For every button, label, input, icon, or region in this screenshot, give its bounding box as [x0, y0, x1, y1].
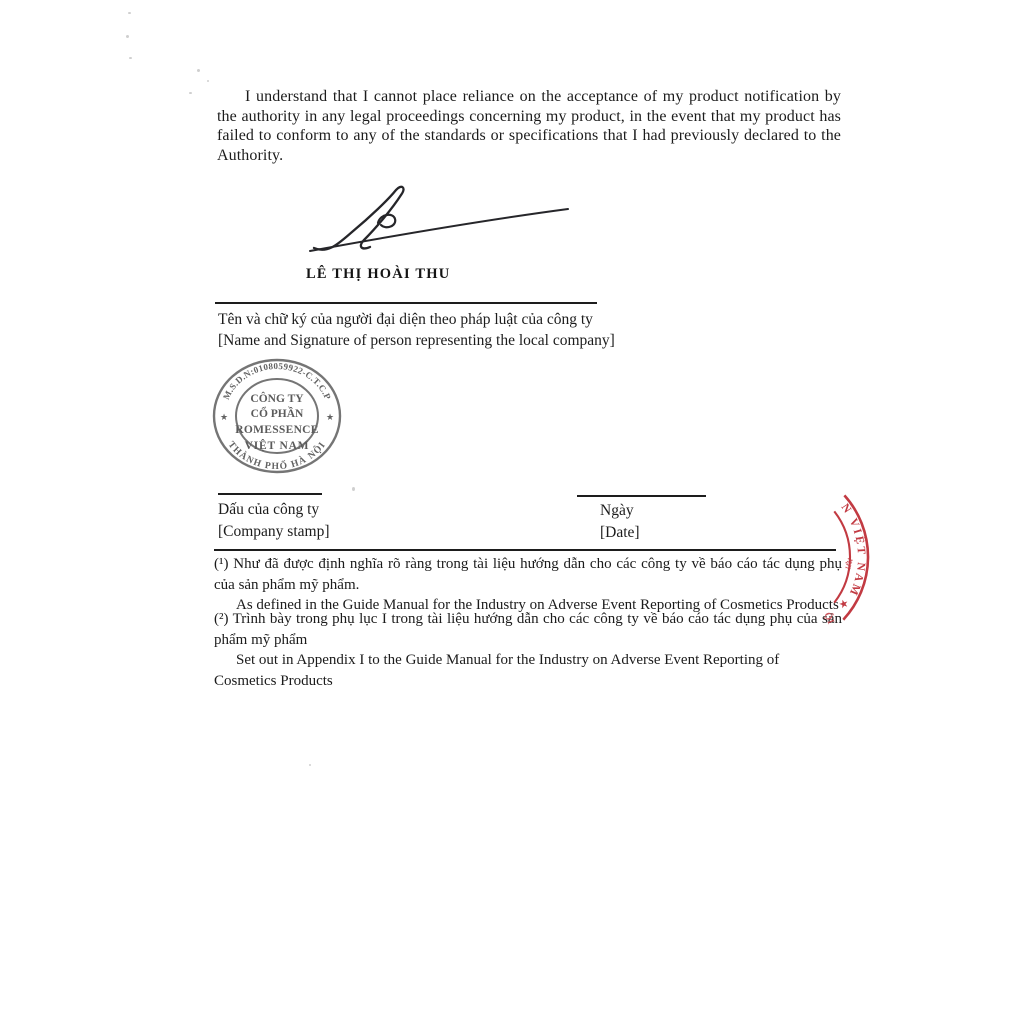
red-seal-partial-stamp: N VIỆT NAM ★ ỘI ưu	[818, 468, 918, 640]
seal-line4: VIỆT NAM	[245, 438, 310, 452]
signature-caption-en: [Name and Signature of person representi…	[218, 330, 615, 351]
scan-speck	[128, 12, 131, 14]
seal-star-right-icon: ★	[326, 412, 334, 422]
footnote-1-vi: (¹) Như đã được định nghĩa rõ ràng trong…	[214, 554, 842, 595]
scan-speck	[352, 487, 355, 491]
scan-speck	[309, 764, 311, 766]
footnote-2-vi: (²) Trình bày trong phụ lục I trong tài …	[214, 609, 842, 650]
footnote-separator-rule	[214, 549, 836, 551]
company-stamp-rule	[218, 493, 322, 495]
signature-rule	[215, 302, 597, 304]
date-label-en: [Date]	[600, 522, 640, 543]
signature-caption-vi: Tên và chữ ký của người đại diện theo ph…	[218, 309, 593, 330]
date-rule	[577, 495, 706, 497]
scan-speck	[197, 69, 200, 72]
seal-line2: CỔ PHẦN	[251, 405, 304, 420]
red-seal-partial-bottom-text: ỘI	[821, 610, 838, 626]
footnote-2-en: Set out in Appendix I to the Guide Manua…	[214, 650, 842, 691]
red-seal-partial-inner-text: ưu	[841, 556, 856, 571]
declaration-paragraph: I understand that I cannot place relianc…	[217, 87, 841, 165]
signer-name: LÊ THỊ HOÀI THU	[306, 266, 450, 283]
seal-line3: ROMESSENCE	[235, 424, 319, 436]
seal-line1: CÔNG TY	[250, 391, 304, 405]
signature-image	[300, 178, 580, 263]
scan-speck	[126, 35, 129, 38]
scan-speck	[129, 57, 132, 59]
date-label-vi: Ngày	[600, 500, 634, 521]
company-seal-stamp: M.S.D.N:0108059922-C.T.C.P THÀNH PHỐ HÀ …	[209, 356, 345, 476]
scanned-document-page: I understand that I cannot place relianc…	[0, 0, 1024, 1024]
scan-speck	[207, 80, 209, 82]
company-stamp-label-vi: Dấu của công ty	[218, 499, 319, 520]
company-stamp-label-en: [Company stamp]	[218, 521, 330, 542]
scan-speck	[189, 92, 192, 94]
seal-star-left-icon: ★	[220, 412, 228, 422]
